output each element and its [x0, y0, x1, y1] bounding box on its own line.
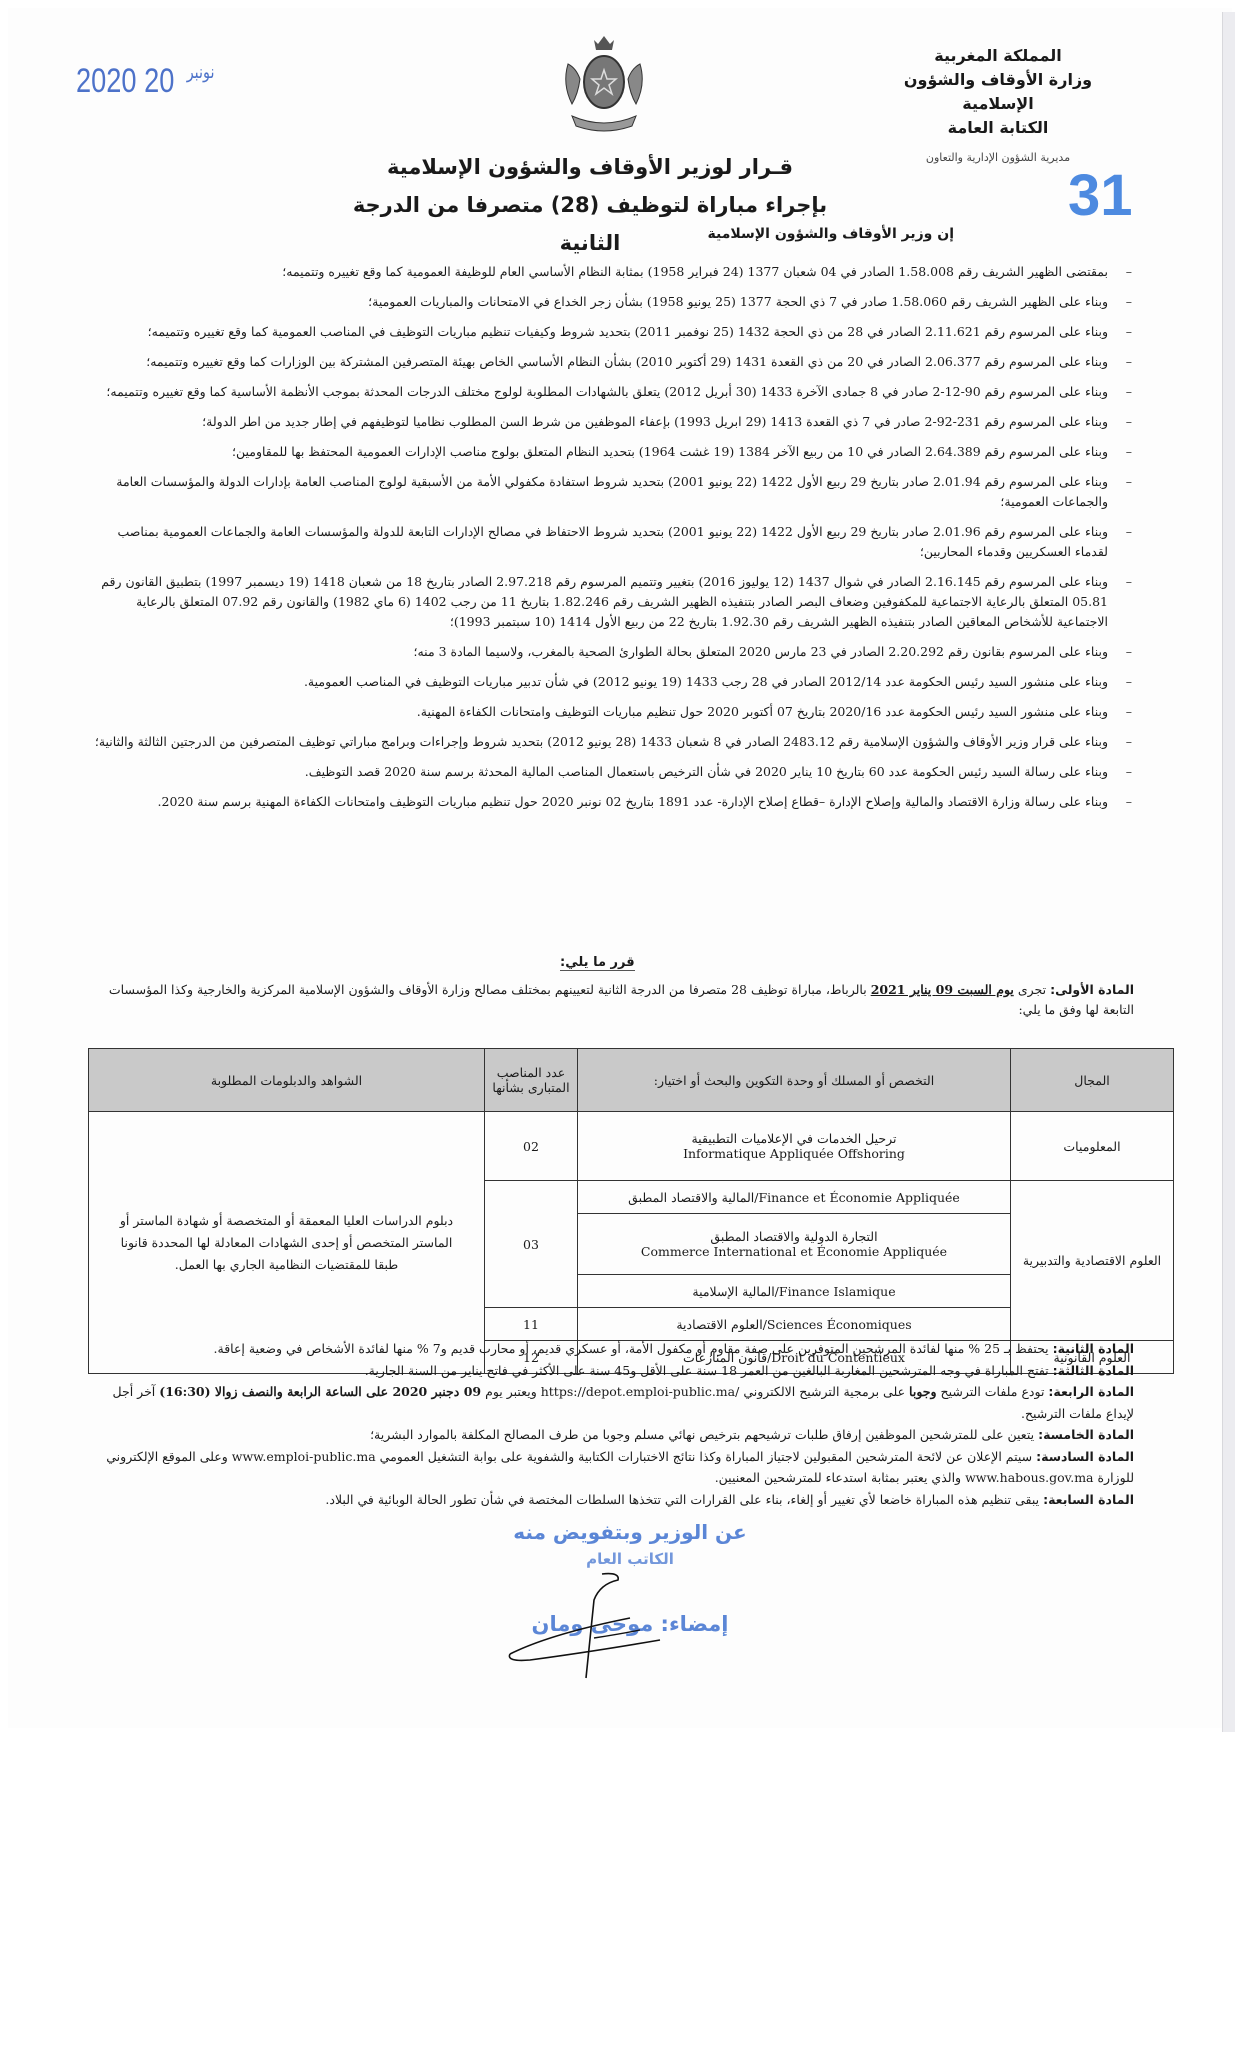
emploi-public-link[interactable]: www.emploi-public.ma [232, 1449, 376, 1464]
article-1-label: المادة الأولى: [1050, 982, 1134, 997]
positions-table: المجال التخصص أو المسلك أو وحدة التكوين … [88, 1048, 1174, 1374]
consideration-item: وبناء على المرسوم رقم 2.64.389 الصادر في… [88, 442, 1134, 462]
org-secretariat: الكتابة العامة [868, 116, 1128, 140]
article-7-label: المادة السابعة: [1043, 1492, 1134, 1507]
consideration-item: وبناء على رسالة السيد رئيس الحكومة عدد 6… [88, 762, 1134, 782]
specialty-cell: Finance et Économie Appliquée/المالية وا… [578, 1181, 1011, 1214]
posts-cell: 02 [485, 1112, 578, 1181]
specialty-ar: التجارة الدولية والاقتصاد المطبق [584, 1229, 1004, 1244]
articles-2-7: المادة الثانية: يحتفظ بـ 25 % منها لفائد… [88, 1338, 1134, 1510]
table-row: المعلوميات ترحيل الخدمات في الإعلاميات ا… [89, 1112, 1174, 1181]
article-1-text-pre: تجرى [1018, 982, 1046, 997]
consideration-item: وبناء على المرسوم رقم 2.16.145 الصادر في… [88, 572, 1134, 632]
article-3-label: المادة الثالثة: [1053, 1363, 1134, 1378]
consideration-item: وبناء على المرسوم بقانون رقم 2.20.292 ال… [88, 642, 1134, 662]
article-2-text: يحتفظ بـ 25 % منها لفائدة المرشحين المتو… [214, 1341, 1049, 1356]
article-4-label: المادة الرابعة: [1048, 1384, 1134, 1399]
coat-of-arms-icon [558, 34, 650, 136]
issuing-authority: المملكة المغربية وزارة الأوقاف والشؤون ا… [868, 44, 1128, 170]
specialty-fr: Commerce International et Économie Appli… [584, 1244, 1004, 1259]
col-diplomas: الشواهد والدبلومات المطلوبة [89, 1049, 485, 1112]
title-line-1: قـرار لوزير الأوقاف والشؤون الإسلامية [330, 148, 850, 186]
consideration-item: وبناء على قرار وزير الأوقاف والشؤون الإس… [88, 732, 1134, 752]
org-ministry: وزارة الأوقاف والشؤون الإسلامية [868, 68, 1128, 116]
consideration-item: وبناء على المرسوم رقم 90-12-2 صادر في 8 … [88, 382, 1134, 402]
article-6-label: المادة السادسة: [1036, 1449, 1134, 1464]
article-2: المادة الثانية: يحتفظ بـ 25 % منها لفائد… [88, 1338, 1134, 1360]
article-2-label: المادة الثانية: [1053, 1341, 1134, 1356]
diplomas-cell: دبلوم الدراسات العليا المعمقة أو المتخصص… [89, 1112, 485, 1374]
article-6-text-pre: سيتم الإعلان عن لائحة المترشحين المقبولي… [380, 1449, 1032, 1464]
specialty-cell: ترحيل الخدمات في الإعلاميات التطبيقية In… [578, 1112, 1011, 1181]
title-line-2: بإجراء مباراة لتوظيف (28) متصرفا من الدر… [330, 186, 850, 262]
considerations-list: بمقتضى الظهير الشريف رقم 1.58.008 الصادر… [88, 262, 1134, 822]
document-title: قـرار لوزير الأوقاف والشؤون الإسلامية بإ… [330, 148, 850, 262]
exam-date: يوم السبت 09 يناير 2021 [871, 982, 1014, 997]
reference-number-stamp: 31 [1068, 162, 1133, 229]
habous-link[interactable]: www.habous.gov.ma [965, 1470, 1093, 1485]
consideration-item: وبناء على منشور السيد رئيس الحكومة عدد 2… [88, 702, 1134, 722]
consideration-item: وبناء على الظهير الشريف رقم 1.58.060 صاد… [88, 292, 1134, 312]
specialty-fr: Informatique Appliquée Offshoring [584, 1146, 1004, 1161]
consideration-item: وبناء على المرسوم رقم 2.01.96 صادر بتاري… [88, 522, 1134, 562]
field-cell: العلوم الاقتصادية والتدبيرية [1011, 1181, 1174, 1341]
org-directorate: مديرية الشؤون الإدارية والتعاون [868, 146, 1128, 170]
article-3-text: تفتح المباراة في وجه المترشحين المغاربة … [365, 1363, 1049, 1378]
specialty-cell: Sciences Économiques/العلوم الاقتصادية [578, 1308, 1011, 1341]
article-4-text-mid: على برمجية الترشيح الالكتروني [743, 1384, 905, 1399]
application-portal-link[interactable]: https://depot.emploi-public.ma/ [541, 1384, 740, 1399]
table-header-row: المجال التخصص أو المسلك أو وحدة التكوين … [89, 1049, 1174, 1112]
signature-title: الكاتب العام [480, 1550, 780, 1568]
specialty-cell: Finance Islamique/المالية الإسلامية [578, 1275, 1011, 1308]
article-7: المادة السابعة: يبقى تنظيم هذه المباراة … [88, 1489, 1134, 1511]
consideration-item: وبناء على منشور السيد رئيس الحكومة عدد 2… [88, 672, 1134, 692]
col-posts: عدد المناصب المتبارى بشأنها [485, 1049, 578, 1112]
stamp-month: نونبر [187, 62, 215, 82]
article-3: المادة الثالثة: تفتح المباراة في وجه الم… [88, 1360, 1134, 1382]
posts-cell: 03 [485, 1181, 578, 1308]
col-specialty: التخصص أو المسلك أو وحدة التكوين والبحث … [578, 1049, 1011, 1112]
consideration-item: وبناء على المرسوم رقم 2.06.377 الصادر في… [88, 352, 1134, 372]
article-6-text-post: والذي يعتبر بمثابة استدعاء للمترشحين الم… [715, 1470, 961, 1485]
date-stamp: 2020 نونبر 20 [76, 62, 219, 101]
specialty-ar: ترحيل الخدمات في الإعلاميات التطبيقية [584, 1131, 1004, 1146]
handwritten-signature-icon [490, 1570, 730, 1680]
specialty-cell: التجارة الدولية والاقتصاد المطبق Commerc… [578, 1214, 1011, 1275]
article-5-text: يتعين على للمترشحين الموظفين إرفاق طلبات… [370, 1427, 1034, 1442]
field-cell: المعلوميات [1011, 1112, 1174, 1181]
consideration-item: وبناء على المرسوم رقم 231-92-2 صادر في 7… [88, 412, 1134, 432]
article-5: المادة الخامسة: يتعين على للمترشحين المو… [88, 1424, 1134, 1446]
col-field: المجال [1011, 1049, 1174, 1112]
application-deadline: 09 دجنبر 2020 على الساعة الرابعة والنصف … [159, 1384, 481, 1399]
preamble-heading: إن وزير الأوقاف والشؤون الإسلامية [707, 226, 954, 242]
article-7-text: يبقى تنظيم هذه المباراة خاضعا لأي تغيير … [325, 1492, 1039, 1507]
page-edge-shadow [1222, 12, 1235, 1732]
consideration-item: وبناء على رسالة وزارة الاقتصاد والمالية … [88, 792, 1134, 812]
article-6: المادة السادسة: سيتم الإعلان عن لائحة ال… [88, 1446, 1134, 1489]
decree-heading: قرر ما يلي: [560, 955, 635, 971]
article-4-text-mid2: ويعتبر يوم [485, 1384, 537, 1399]
org-kingdom: المملكة المغربية [868, 44, 1128, 68]
signature-delegation: عن الوزير وبتفويض منه [480, 1520, 780, 1544]
article-4-mandatory: وجوبا [909, 1384, 937, 1399]
posts-cell: 11 [485, 1308, 578, 1341]
stamp-year: 2020 [76, 62, 137, 100]
consideration-item: وبناء على المرسوم رقم 2.01.94 صادر بتاري… [88, 472, 1134, 512]
article-4: المادة الرابعة: تودع ملفات الترشيح وجوبا… [88, 1381, 1134, 1424]
stamp-day: 20 [144, 62, 174, 100]
article-5-label: المادة الخامسة: [1038, 1427, 1134, 1442]
article-4-text-pre: تودع ملفات الترشيح [941, 1384, 1045, 1399]
consideration-item: وبناء على المرسوم رقم 2.11.621 الصادر في… [88, 322, 1134, 342]
consideration-item: بمقتضى الظهير الشريف رقم 1.58.008 الصادر… [88, 262, 1134, 282]
article-1: المادة الأولى: تجرى يوم السبت 09 يناير 2… [88, 980, 1134, 1020]
